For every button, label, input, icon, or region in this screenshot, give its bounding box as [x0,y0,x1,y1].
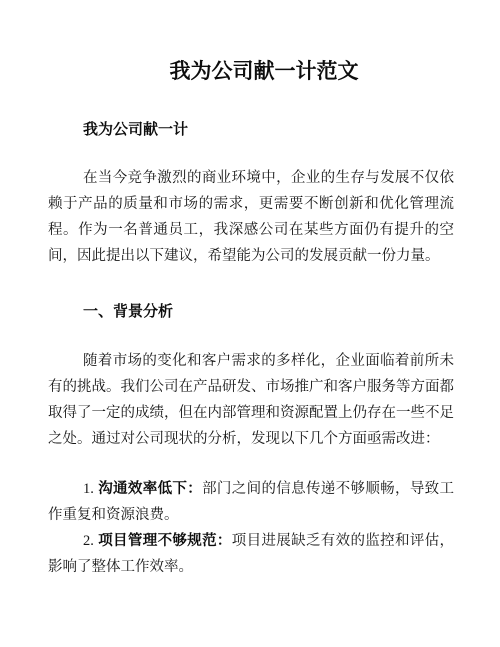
list-item-number: 1. [83,481,94,497]
section-heading-background-analysis: 一、背景分析 [48,299,454,325]
list-item: 1.沟通效率低下：部门之间的信息传递不够顺畅，导致工作重复和资源浪费。 [48,476,454,528]
list-item-number: 2. [83,533,94,549]
list-item: 2.项目管理不够规范：项目进展缺乏有效的监控和评估，影响了整体工作效率。 [48,528,454,580]
section-paragraph: 随着市场的变化和客户需求的多样化，企业面临着前所未有的挑战。我们公司在产品研发、… [48,348,454,452]
document-subtitle: 我为公司献一计 [48,117,454,143]
list-item-label: 项目管理不够规范： [98,533,232,549]
document-page: 我为公司献一计范文 我为公司献一计 在当今竞争激烈的商业环境中，企业的生存与发展… [0,0,500,647]
document-title: 我为公司献一计范文 [48,57,454,87]
document-content: 我为公司献一计范文 我为公司献一计 在当今竞争激烈的商业环境中，企业的生存与发展… [0,0,500,580]
intro-paragraph: 在当今竞争激烈的商业环境中，企业的生存与发展不仅依赖于产品的质量和市场的需求，更… [48,165,454,269]
list-item-label: 沟通效率低下： [98,481,202,497]
